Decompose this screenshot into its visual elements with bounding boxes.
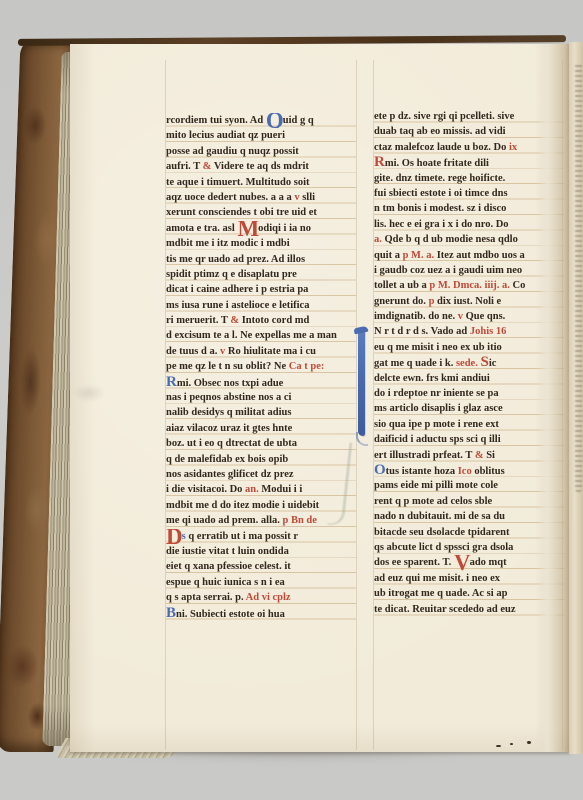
script-text: gnerunt do.: [374, 296, 429, 307]
script-text: nado n dubitauit. mi de sa du: [374, 511, 505, 522]
text-line: i die visitacoi. Do an. Modui i i: [166, 482, 356, 497]
text-line: ri meruerit. T & Intoto cord md: [166, 313, 356, 328]
next-page-text-showthrough: [575, 62, 582, 492]
rubric-text: Ad vi cplz: [246, 592, 291, 603]
script-text: duab taq ab eo missis. ad vidi: [374, 126, 506, 137]
rubric-text: p M. Dmca. iiij. a.: [429, 280, 510, 291]
script-text: gite. dnz timete. rege hoificte.: [374, 173, 505, 184]
script-text: espue q huic iunica s n i ea: [166, 577, 285, 588]
script-text: te dicat. Reuitar scededo ad euz: [374, 604, 516, 615]
script-text: mdbit me d do itez modie i uidebit: [166, 500, 319, 511]
script-text: ms articlo disaplis i glaz asce: [374, 403, 503, 414]
script-text: dicat i caine adhere i p estria pa: [166, 284, 308, 295]
script-text: amota e tra. asl: [166, 223, 237, 234]
rubric-text: D: [166, 529, 182, 544]
script-text: sio qua ipe p mote i rene ext: [374, 419, 499, 430]
rubric-text: a.: [374, 234, 382, 245]
script-text: ub itrogat me q uade. Ac si ap: [374, 588, 507, 599]
script-text: oblitus: [472, 466, 505, 477]
rubric-text: ix: [509, 142, 517, 153]
rubric-text: p Bn de: [282, 515, 316, 526]
script-text: me qi uado ad prem. alla.: [166, 515, 282, 526]
script-text: ete p dz. sive rgi qi pcelleti. sive: [374, 111, 514, 122]
script-text: Itez aut mdbo uos a: [434, 250, 525, 261]
script-text: bitacde seu dsolacde tpidarent: [374, 527, 509, 538]
script-text: mi. Obsec nos txpi adue: [177, 378, 283, 389]
script-text: Qde b q d ub modie nesa qdlo: [382, 234, 518, 245]
text-line: d excisum te a l. Ne expellas me a man: [166, 328, 356, 343]
script-text: aiaz vilacoz uraz it gtes hnte: [166, 423, 292, 434]
text-line: nos asidantes glificet dz prez: [166, 467, 356, 482]
text-line: dicat i caine adhere i p estria pa: [166, 282, 356, 297]
text-line: de tuus d a. v Ro hiulitate ma i cu: [166, 344, 356, 359]
text-line: Bni. Subiecti estote oi hua: [166, 606, 356, 621]
script-text: gat me q uade i k.: [374, 358, 456, 369]
rubric-text: S: [480, 355, 488, 370]
script-text: q erratib ut i ma possit r: [186, 531, 298, 542]
rubric-text: Ca t pe:: [289, 361, 325, 372]
illuminated-initial-i: [358, 330, 365, 436]
script-text: dix iust. Noli e: [434, 296, 501, 307]
script-text: de tuus d a.: [166, 346, 220, 357]
text-line: nas i peqnos abstine nos a ci: [166, 390, 356, 405]
script-text: tus istante hoza: [386, 466, 458, 477]
script-text: uid g q: [283, 115, 314, 126]
text-line: espue q huic iunica s n i ea: [166, 575, 356, 590]
text-column-left: rcordiem tui syon. Ad Quid g qmito leciu…: [166, 113, 356, 625]
rubric-text: M: [237, 221, 258, 236]
script-text: d excisum te a l. Ne expellas me a man: [166, 330, 337, 341]
script-text: daificid i aductu sps sci q illi: [374, 434, 501, 445]
script-text: pe me qz le t n su oblit? Ne: [166, 361, 289, 372]
script-text: N r t d r d s. Vado ad: [374, 326, 470, 337]
script-text: ni. Subiecti estote oi hua: [176, 609, 285, 620]
text-line: Ds q erratib ut i ma possit r: [166, 529, 356, 544]
script-text: ctaz malefcoz laude u boz. Do: [374, 142, 509, 153]
script-text: q de malefidab ex bois opib: [166, 454, 288, 465]
script-text: odiqi i ia no: [258, 223, 311, 234]
script-text: ic: [489, 358, 497, 369]
script-text: tollet a ub a: [374, 280, 429, 291]
script-text: posse ad gaudiu q nuqz possit: [166, 146, 299, 157]
script-text: pams eide mi pilli mote cole: [374, 480, 498, 491]
script-text: nas i peqnos abstine nos a ci: [166, 392, 291, 403]
script-text: n tm bonis i modest. sz i disco: [374, 203, 506, 214]
text-line: rcordiem tui syon. Ad Quid g q: [166, 113, 356, 128]
script-text: Co: [510, 280, 525, 291]
script-text: slli: [300, 192, 315, 203]
script-text: fui sbiecti estote i oi timce dns: [374, 188, 508, 199]
rubric-text: an.: [245, 484, 259, 495]
script-text: mi. Os hoate fritate dili: [385, 158, 489, 169]
text-line: te aque i timuert. Multitudo soit: [166, 175, 356, 190]
blue-initial-text: R: [166, 375, 177, 390]
text-line: die iustie vitat t luin ondida: [166, 544, 356, 559]
script-text: eu q me misit i neo ex ub itio: [374, 342, 502, 353]
ink-speck: [496, 745, 501, 747]
script-text: ri meruerit. T: [166, 315, 230, 326]
script-text: xerunt consciendes t obi tre uid et: [166, 207, 317, 218]
text-line: amota e tra. asl Modiqi i ia no: [166, 221, 356, 236]
text-line: aqz uoce dedert nubes. a a a v slli: [166, 190, 356, 205]
script-text: aqz uoce dedert nubes. a a a: [166, 192, 294, 203]
script-text: Que qns.: [463, 311, 505, 322]
script-text: ado mqt: [470, 557, 507, 568]
rubric-text: &: [230, 315, 239, 326]
script-text: qs abcute lict d spssci gra dsola: [374, 542, 513, 553]
script-text: q s apta serrai. p.: [166, 592, 246, 603]
script-text: ert illustradi prfeat. T: [374, 450, 475, 461]
rubric-text: V: [454, 555, 470, 570]
text-line: spidit ptimz q e disaplatu pre: [166, 267, 356, 282]
script-text: rent q p mote ad celos sble: [374, 496, 492, 507]
script-text: Intoto cord md: [239, 315, 309, 326]
text-line: boz. ut i eo q dtrectat de ubta: [166, 436, 356, 451]
script-text: Si: [484, 450, 495, 461]
script-text: mdbit me i itz modic i mdbi: [166, 238, 290, 249]
text-line: tis me qr uado ad prez. Ad illos: [166, 252, 356, 267]
text-line: ms iusa rune i astelioce e letifica: [166, 298, 356, 313]
script-text: imdignatib. do ne.: [374, 311, 458, 322]
script-text: ms iusa rune i astelioce e letifica: [166, 300, 309, 311]
rubric-text: &: [475, 450, 484, 461]
text-line: q de malefidab ex bois opib: [166, 452, 356, 467]
text-line: aufri. T & Videre te aq ds mdrit: [166, 159, 356, 174]
script-text: Ro hiulitate ma i cu: [225, 346, 316, 357]
text-line: Rmi. Obsec nos txpi adue: [166, 375, 356, 390]
text-line: eiet q xana pfessioe celest. it: [166, 559, 356, 574]
text-line: mdbit me d do itez modie i uidebit: [166, 498, 356, 513]
ruling-line-vertical: [356, 60, 357, 750]
rubric-text: p M. a.: [403, 250, 435, 261]
script-text: nos asidantes glificet dz prez: [166, 469, 294, 480]
rubric-text: Ico: [458, 466, 472, 477]
ink-speck: [527, 741, 531, 744]
blue-initial-text: O: [374, 463, 386, 478]
script-text: dos ee sparent. T.: [374, 557, 454, 568]
script-text: boz. ut i eo q dtrectat de ubta: [166, 438, 297, 449]
script-text: i gaudb coz uez a i gaudi uim neo: [374, 265, 522, 276]
script-text: eiet q xana pfessioe celest. it: [166, 561, 291, 572]
script-text: ad euz qui me misit. i neo ex: [374, 573, 500, 584]
text-line: xerunt consciendes t obi tre uid et: [166, 205, 356, 220]
script-text: die iustie vitat t luin ondida: [166, 546, 289, 557]
blue-initial-text: B: [166, 606, 176, 621]
text-line: q s apta serrai. p. Ad vi cplz: [166, 590, 356, 605]
text-line: mdbit me i itz modic i mdbi: [166, 236, 356, 251]
script-text: aufri. T: [166, 161, 203, 172]
rubric-text: Johis 16: [470, 326, 506, 337]
blue-initial-text: Q: [266, 113, 283, 128]
script-text: do i rdeptoe nr iniente se pa: [374, 388, 499, 399]
text-line: nalib desidys q militat adius: [166, 405, 356, 420]
script-text: Modui i i: [259, 484, 302, 495]
manuscript-page: rcordiem tui syon. Ad Quid g qmito leciu…: [70, 44, 570, 752]
script-text: te aque i timuert. Multitudo soit: [166, 177, 310, 188]
photo-background: rcordiem tui syon. Ad Quid g qmito leciu…: [0, 0, 583, 800]
script-text: quit a: [374, 250, 403, 261]
text-line: mito lecius audiat qz pueri: [166, 128, 356, 143]
script-text: lis. hec e ei gra i x i do nro. Do: [374, 219, 509, 230]
script-text: i die visitacoi. Do: [166, 484, 245, 495]
script-text: mito lecius audiat qz pueri: [166, 130, 285, 141]
ink-speck: [510, 743, 513, 745]
text-line: pe me qz le t n su oblit? Ne Ca t pe:: [166, 359, 356, 374]
rubric-text: R: [374, 155, 385, 170]
script-text: Videre te aq ds mdrit: [211, 161, 309, 172]
script-text: spidit ptimz q e disaplatu pre: [166, 269, 297, 280]
text-line: posse ad gaudiu q nuqz possit: [166, 144, 356, 159]
text-line: aiaz vilacoz uraz it gtes hnte: [166, 421, 356, 436]
script-text: tis me qr uado ad prez. Ad illos: [166, 254, 305, 265]
script-text: nalib desidys q militat adius: [166, 407, 291, 418]
script-text: rcordiem tui syon. Ad: [166, 115, 266, 126]
rubric-text: sede.: [456, 358, 481, 369]
text-line: me qi uado ad prem. alla. p Bn de: [166, 513, 356, 528]
page-curve-shading: [536, 44, 570, 752]
script-text: delcte ewn. frs kmi andiui: [374, 373, 490, 384]
parchment-stain: [66, 380, 112, 406]
